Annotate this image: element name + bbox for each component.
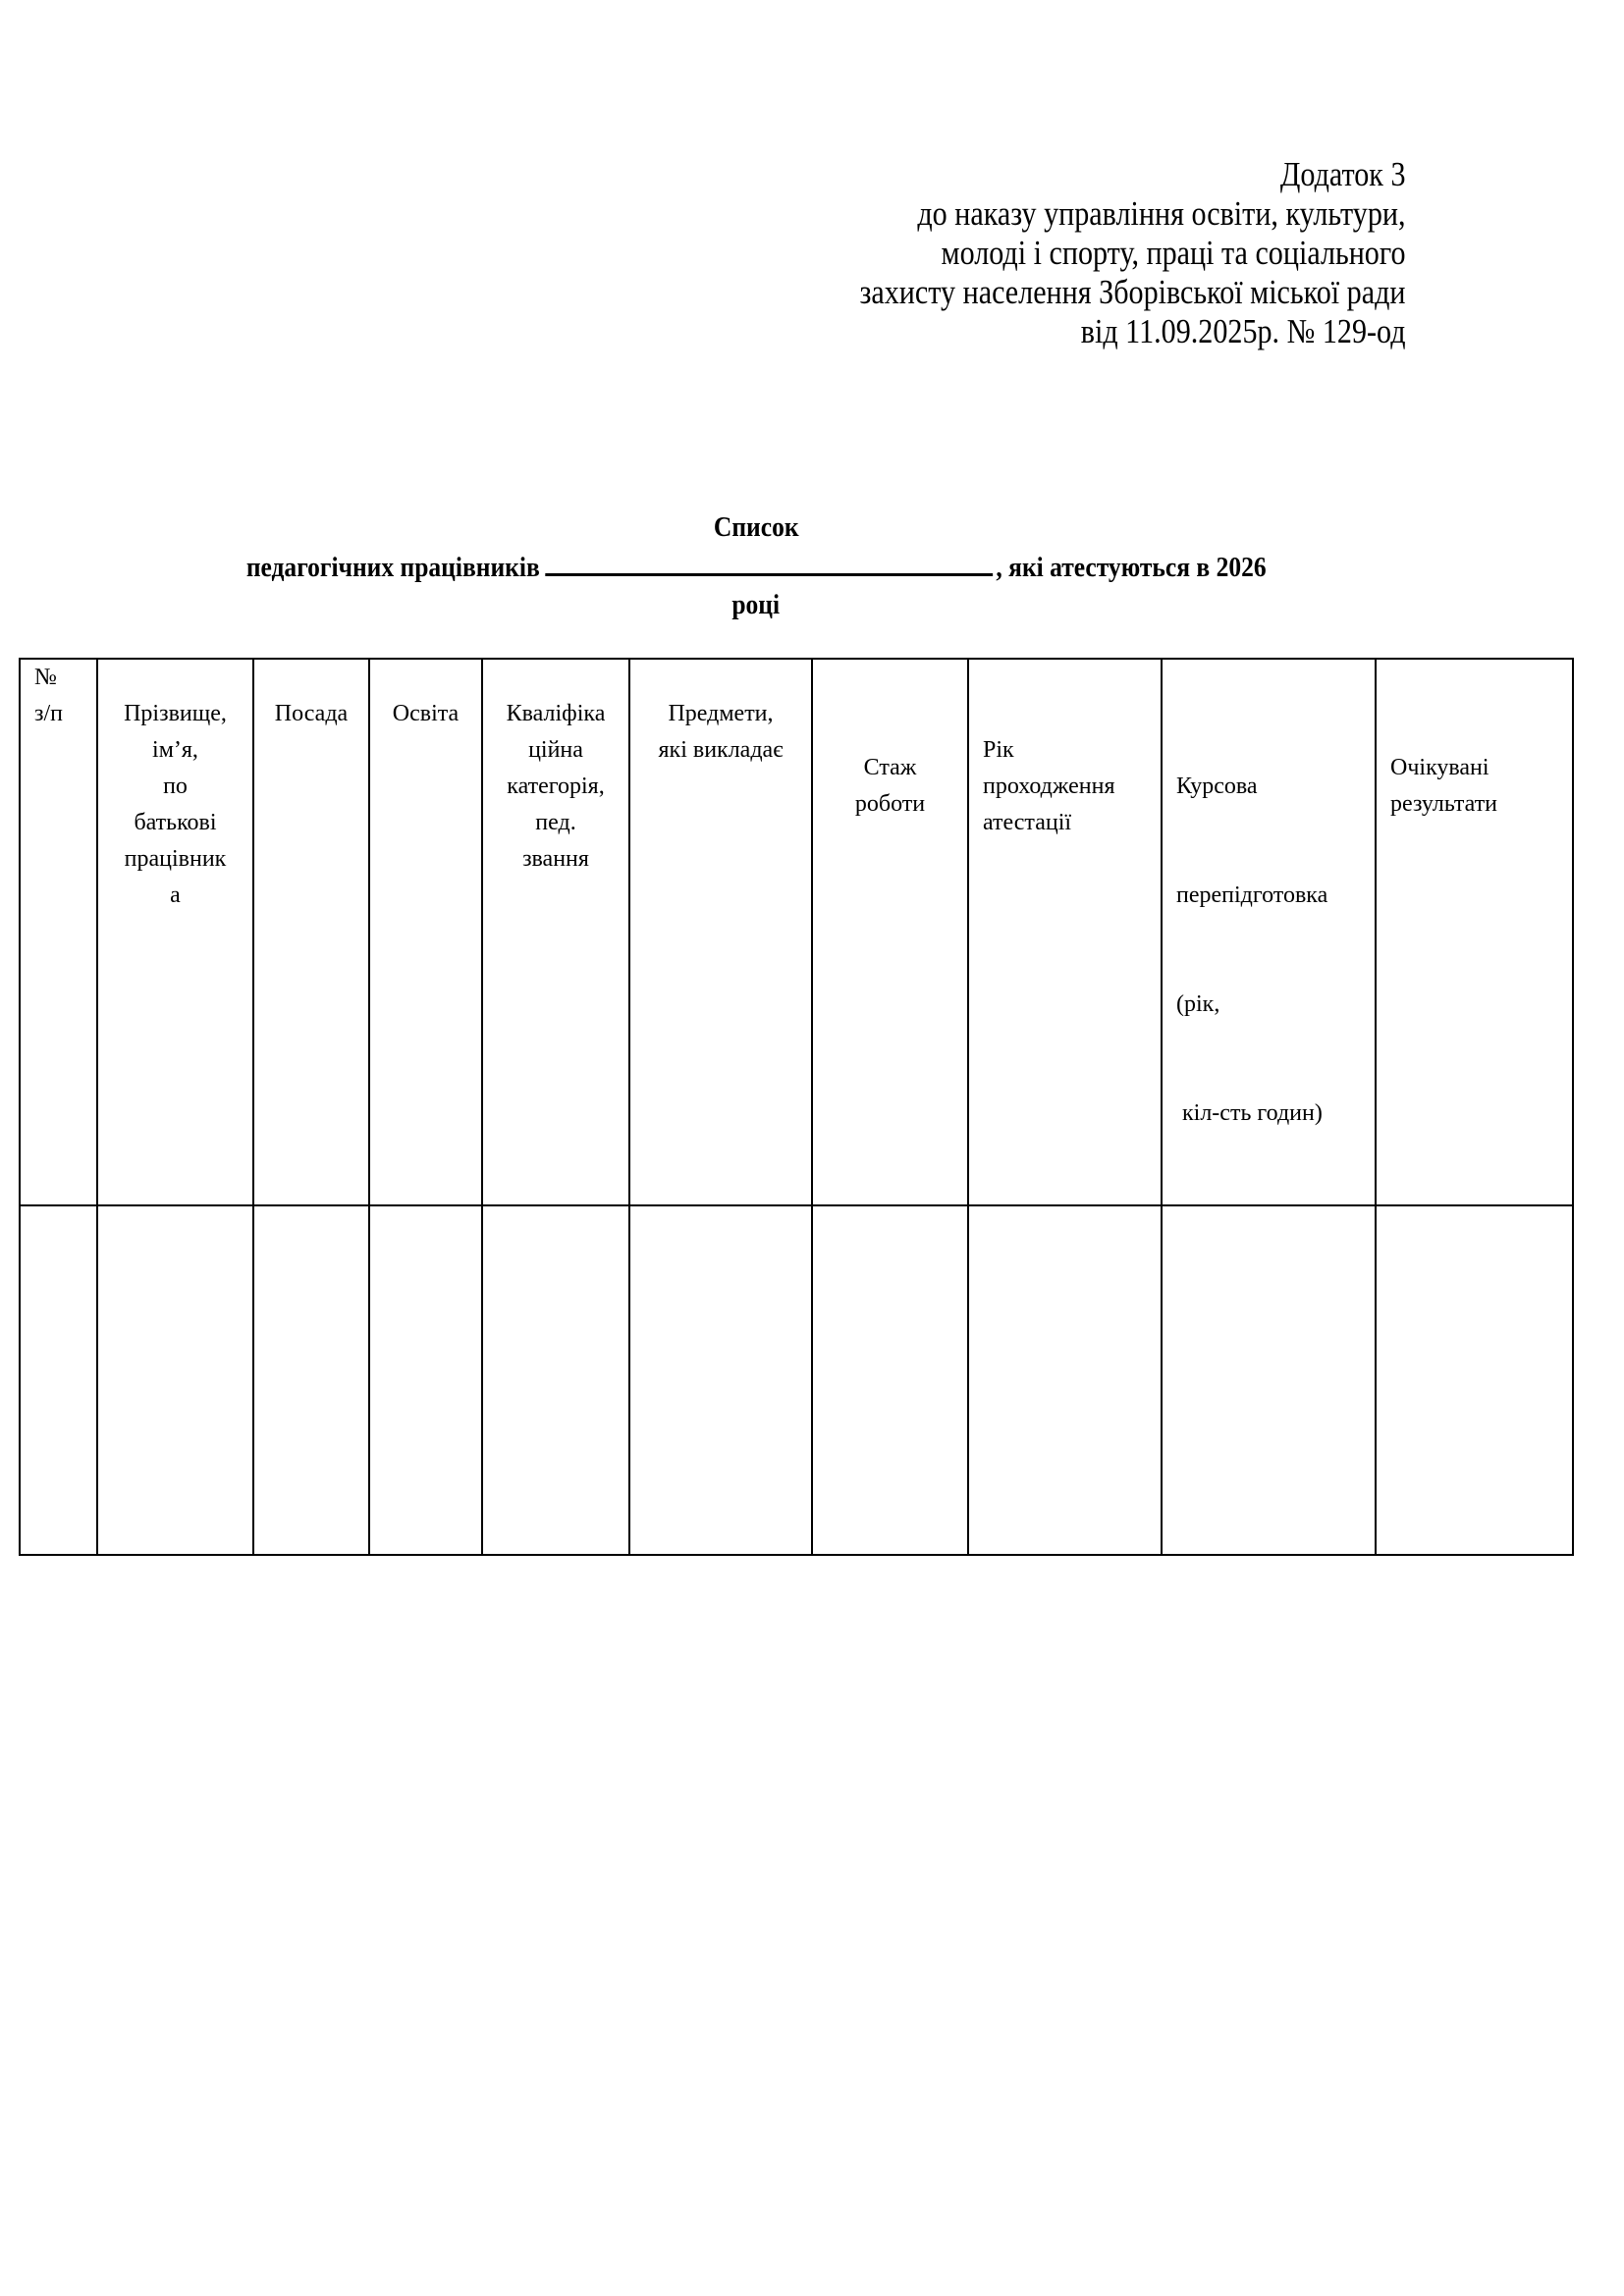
column-header-retraining: Курсова перепідготовка (рік, кіл-сть год… (1162, 659, 1376, 1205)
cell-qualification[interactable] (482, 1205, 629, 1555)
column-header-education: Освіта (369, 659, 482, 1205)
cell-experience[interactable] (812, 1205, 968, 1555)
column-header-qualification: Кваліфіка ційна категорія, пед. звання (482, 659, 629, 1205)
title-text-before: педагогічних працівників (246, 552, 540, 583)
cell-attestation-year[interactable] (968, 1205, 1162, 1555)
column-header-number: № з/п (20, 659, 97, 1205)
column-header-attestation-year: Рік проходження атестації (968, 659, 1162, 1205)
cell-retraining[interactable] (1162, 1205, 1376, 1555)
table-header-row: № з/п Прізвище, ім’я, по батькові праців… (20, 659, 1573, 1205)
title-last-line: році (732, 586, 781, 623)
staff-attestation-table: № з/п Прізвище, ім’я, по батькові праців… (19, 658, 1574, 1556)
cell-subjects[interactable] (629, 1205, 812, 1555)
appendix-header: Додаток 3 до наказу управління освіти, к… (860, 155, 1406, 351)
column-header-expected-results: Очікувані результати (1376, 659, 1573, 1205)
column-header-subjects: Предмети, які викладає (629, 659, 812, 1205)
table-row (20, 1205, 1573, 1555)
appendix-line: до наказу управління освіти, культури, (860, 194, 1406, 234)
title-text-after: , які атестуються в 2026 (996, 552, 1266, 583)
appendix-title: Додаток 3 (860, 155, 1406, 194)
cell-full-name[interactable] (97, 1205, 253, 1555)
document-title: Список педагогічних працівників, які ате… (98, 508, 1414, 623)
column-header-experience: Стаж роботи (812, 659, 968, 1205)
column-header-position: Посада (253, 659, 369, 1205)
appendix-order-date: від 11.09.2025р. № 129-од (860, 312, 1406, 351)
appendix-line: захисту населення Зборівської міської ра… (860, 273, 1406, 312)
cell-education[interactable] (369, 1205, 482, 1555)
title-heading: Список (714, 508, 799, 546)
cell-number[interactable] (20, 1205, 97, 1555)
cell-position[interactable] (253, 1205, 369, 1555)
institution-blank-field[interactable] (545, 546, 993, 576)
cell-expected-results[interactable] (1376, 1205, 1573, 1555)
column-header-full-name: Прізвище, ім’я, по батькові працівник а (97, 659, 253, 1205)
appendix-line: молоді і спорту, праці та соціального (860, 234, 1406, 273)
